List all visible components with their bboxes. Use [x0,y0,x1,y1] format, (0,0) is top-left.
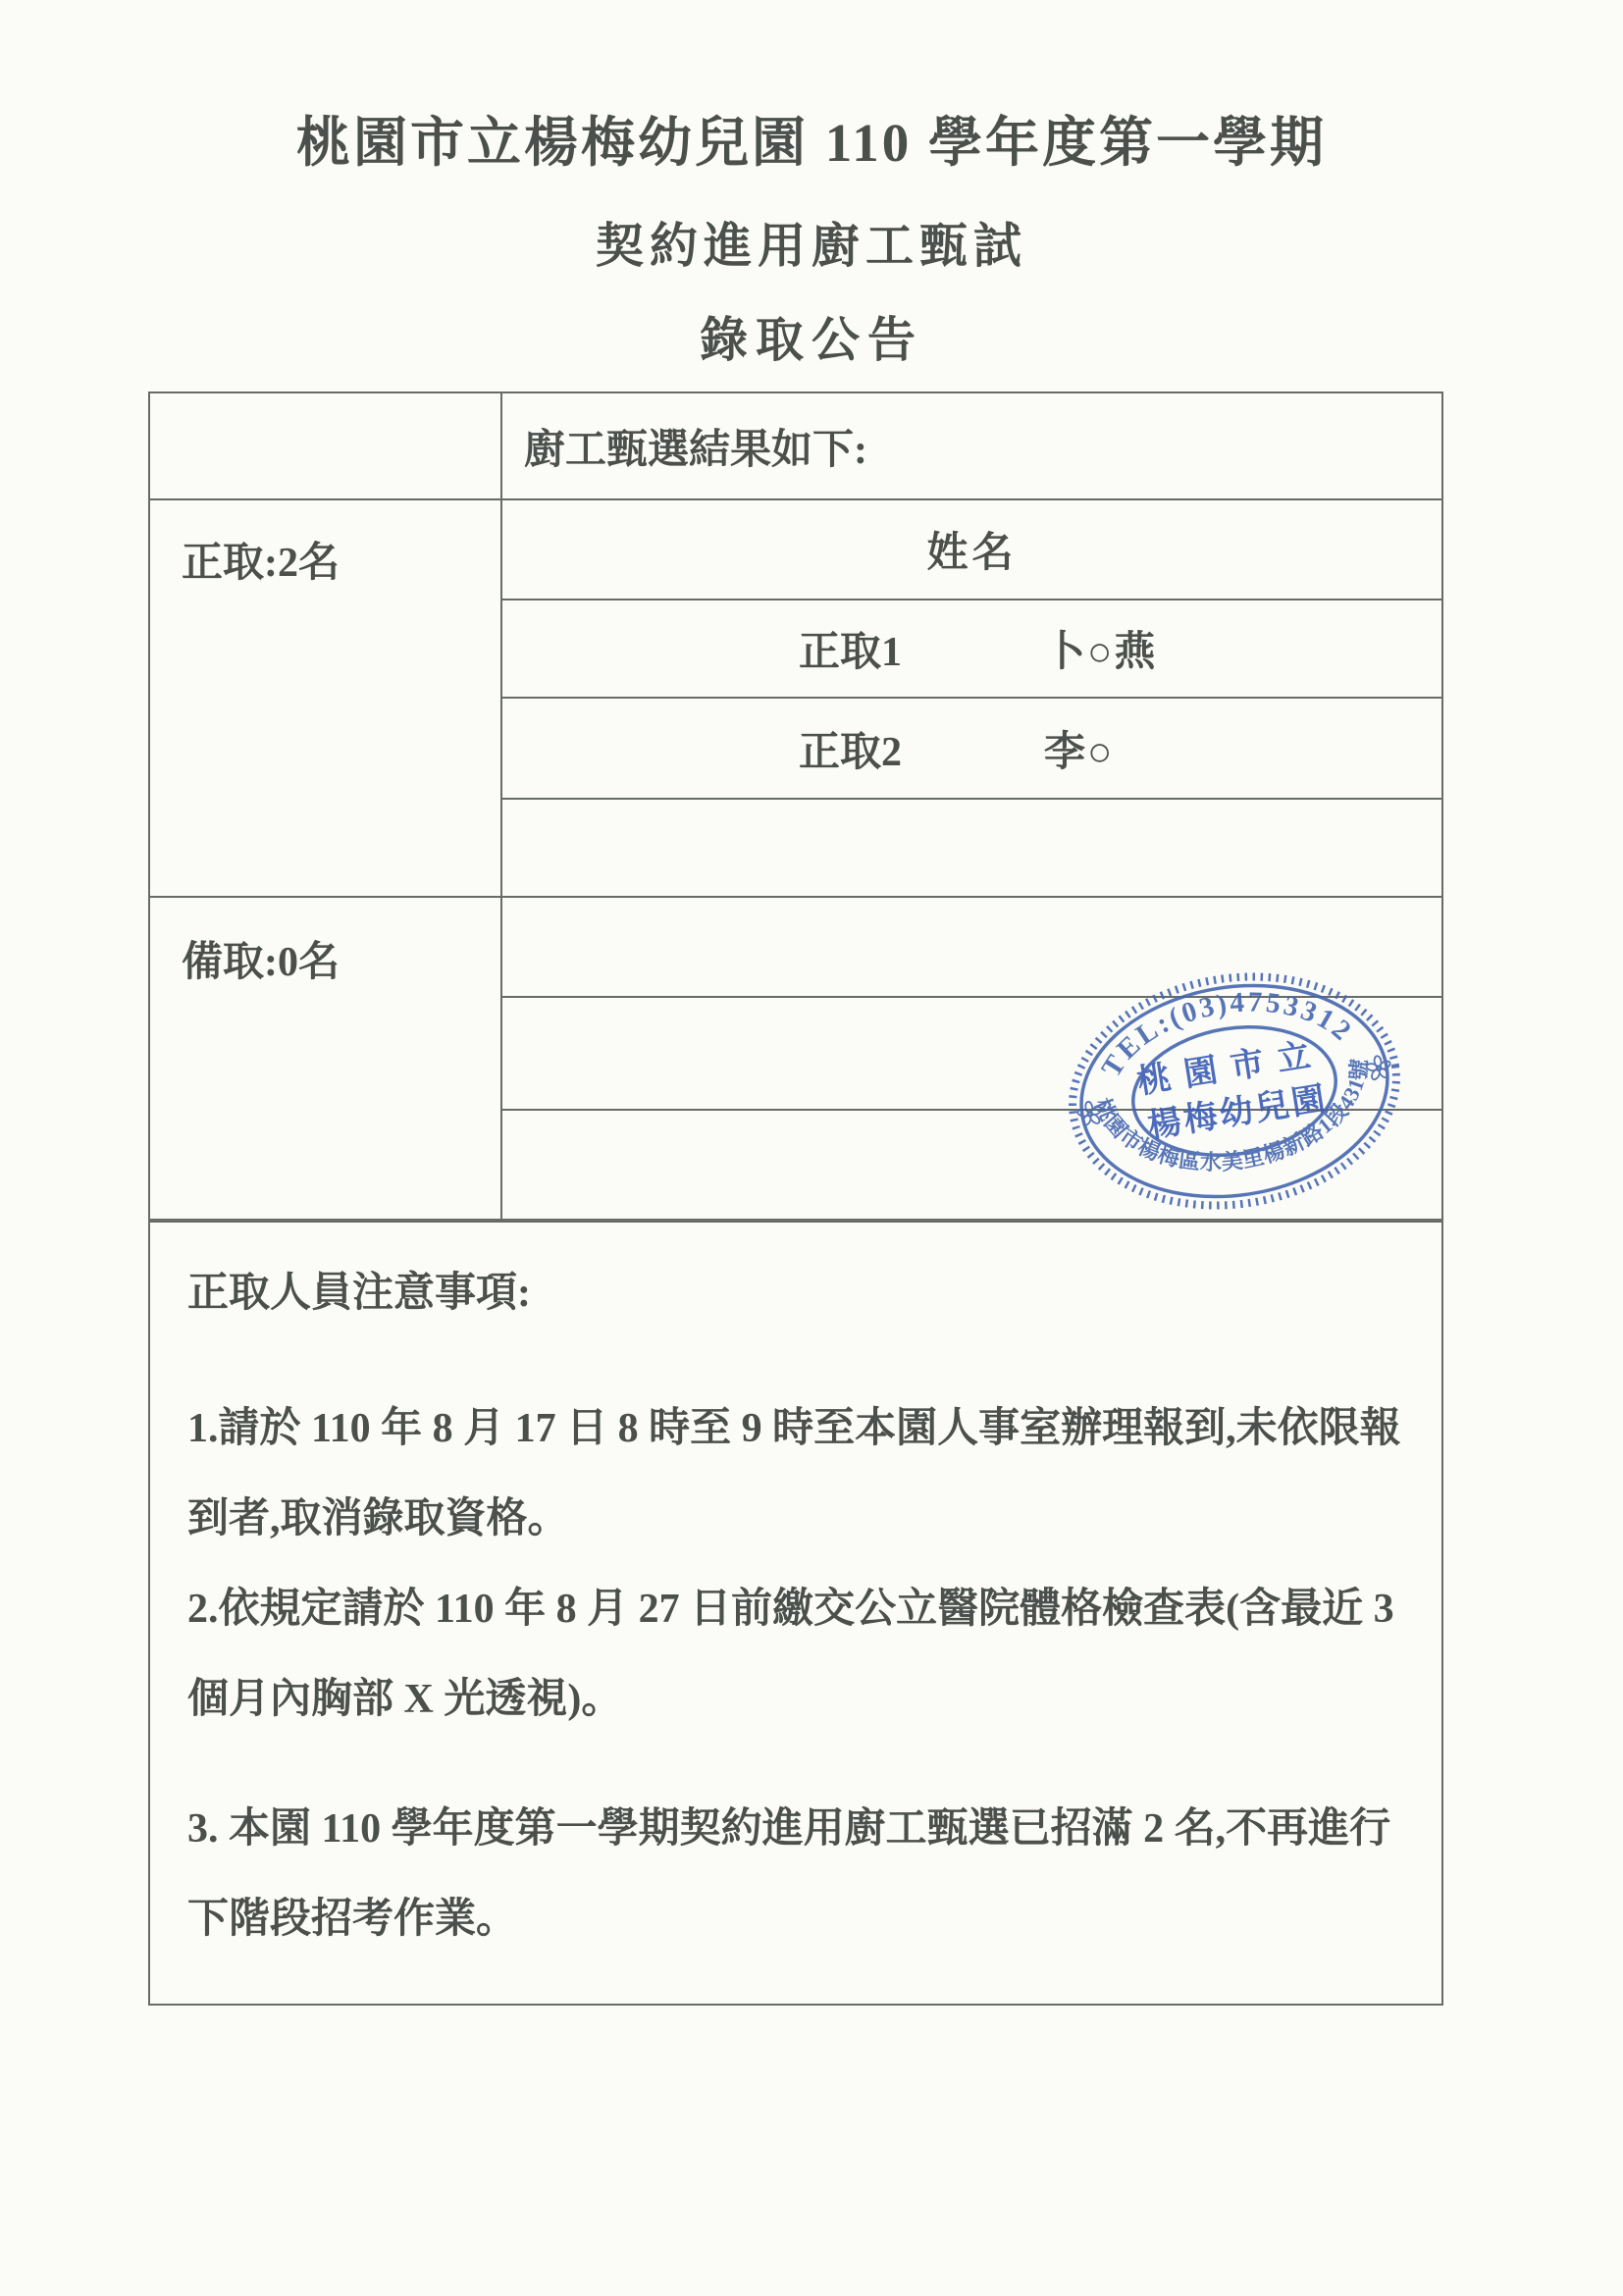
announcement-document: 桃園市立楊梅幼兒園 110 學年度第一學期 契約進用廚工甄試 錄取公告 正取:2… [0,0,1623,2296]
document-title: 桃園市立楊梅幼兒園 110 學年度第一學期 [0,116,1623,170]
empty-cell [502,800,1441,898]
alternate-count-cell: 備取:0名 [150,898,500,1219]
notes-heading: 正取人員注意事項: [187,1248,1416,1338]
official-stamp: TEL:(03)4753312 桃園市楊梅區水美里楊新路1段431號 桃園市立 … [1062,968,1407,1214]
accepted-rank-1: 正取1 [799,619,907,678]
accepted-name-1: 卜○燕 [1044,619,1157,678]
document-heading: 錄取公告 [0,316,1623,364]
name-header-cell: 姓名 [502,500,1441,600]
accepted-rank-2: 正取2 [799,719,907,778]
notes-box: 正取人員注意事項: 1.請於 110 年 8 月 17 日 8 時至 9 時至本… [148,1221,1443,2006]
accepted-row-2: 正取2 李○ [502,699,1441,800]
document-subtitle: 契約進用廚工甄試 [0,222,1623,270]
accepted-row-1: 正取1 卜○燕 [502,600,1441,699]
note-item-2: 2.依規定請於 110 年 8 月 27 日前繳交公立醫院體格檢查表(含最近 3… [187,1564,1416,1745]
result-note-cell: 廚工甄選結果如下: [502,393,1441,500]
results-table-left-column: 正取:2名 備取:0名 [150,393,502,1219]
accepted-count-cell: 正取:2名 [150,500,500,898]
document-header: 桃園市立楊梅幼兒園 110 學年度第一學期 契約進用廚工甄試 錄取公告 [0,116,1623,364]
kindergarten-stamp-graphic: TEL:(03)4753312 桃園市楊梅區水美里楊新路1段431號 桃園市立 … [1062,968,1407,1214]
empty-cell [150,393,500,500]
note-item-1: 1.請於 110 年 8 月 17 日 8 時至 9 時至本園人事室辦理報到,未… [187,1383,1416,1564]
note-item-3: 3. 本園 110 學年度第一學期契約進用廚工甄選已招滿 2 名,不再進行下階段… [187,1784,1416,1964]
accepted-name-2: 李○ [1044,719,1114,778]
